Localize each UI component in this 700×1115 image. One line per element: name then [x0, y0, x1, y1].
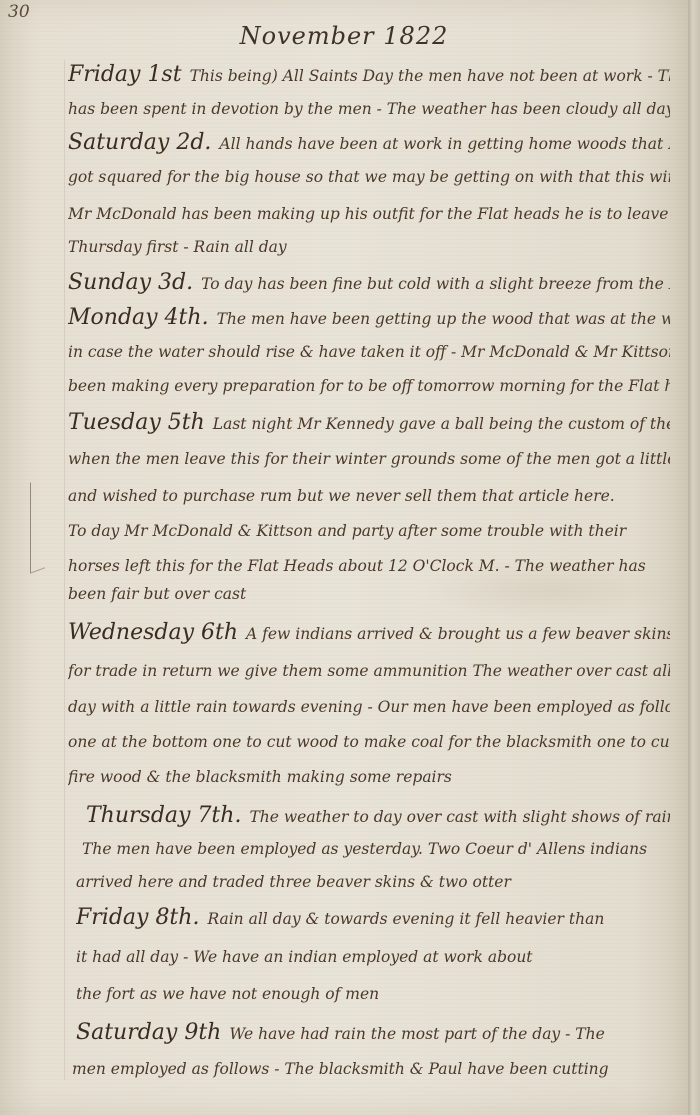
entry-line: for trade in return we give them some am…	[68, 662, 670, 680]
entry-line: Saturday 2d.All hands have been at work …	[68, 130, 670, 155]
entry-line: Friday 1stThis being) All Saints Day the…	[68, 62, 670, 87]
entry-line: day with a little rain towards evening -…	[68, 698, 670, 716]
entry-day: Saturday 9th	[76, 1020, 221, 1045]
entry-line: one at the bottom one to cut wood to mak…	[68, 733, 670, 751]
entry-line: the fort as we have not enough of men	[76, 985, 670, 1003]
entry-line: Thursday 7th.The weather to day over cas…	[86, 803, 670, 828]
entry-line: been making every preparation for to be …	[68, 377, 670, 395]
entry-day: Saturday 2d.	[68, 130, 211, 155]
entry-line: it had all day - We have an indian emplo…	[76, 948, 670, 966]
entry-line: The men have been employed as yesterday.…	[82, 840, 670, 858]
entry-day: Thursday 7th.	[86, 803, 241, 828]
entry-line: and wished to purchase rum but we never …	[68, 487, 670, 505]
entry-day: Friday 1st	[68, 62, 182, 87]
entry-line: when the men leave this for their winter…	[68, 450, 670, 468]
entry-line: horses left this for the Flat Heads abou…	[68, 557, 670, 575]
manuscript-page: 30 November 1822 Friday 1stThis being) A…	[0, 0, 688, 1115]
entry-line: arrived here and traded three beaver ski…	[76, 873, 670, 891]
entry-line: got squared for the big house so that we…	[68, 168, 670, 186]
entry-line: To day Mr McDonald & Kittson and party a…	[68, 522, 670, 540]
entry-line: in case the water should rise & have tak…	[68, 343, 670, 361]
entry-day: Monday 4th.	[68, 305, 209, 330]
margin-bracket-mark	[30, 477, 45, 573]
page-edge	[688, 0, 700, 1115]
entry-line: been fair but over cast	[68, 585, 670, 603]
entry-line: Mr McDonald has been making up his outfi…	[68, 205, 670, 223]
entry-line: Sunday 3d.To day has been fine but cold …	[68, 270, 670, 295]
entry-line: fire wood & the blacksmith making some r…	[68, 768, 670, 786]
page-heading: November 1822	[0, 22, 688, 50]
page-number: 30	[8, 2, 30, 22]
entry-day: Tuesday 5th	[68, 410, 205, 435]
entry-day: Sunday 3d.	[68, 270, 193, 295]
margin-rule	[64, 60, 65, 1080]
entry-day: Friday 8th.	[76, 905, 199, 930]
entry-line: Monday 4th.The men have been getting up …	[68, 305, 670, 330]
entry-line: men employed as follows - The blacksmith…	[72, 1060, 670, 1078]
entry-line: Tuesday 5thLast night Mr Kennedy gave a …	[68, 410, 670, 435]
entry-line: Saturday 9thWe have had rain the most pa…	[76, 1020, 670, 1045]
entry-line: Thursday first - Rain all day	[68, 238, 670, 256]
entry-line: has been spent in devotion by the men - …	[68, 100, 670, 118]
entry-line: Friday 8th.Rain all day & towards evenin…	[76, 905, 670, 930]
entry-day: Wednesday 6th	[68, 620, 238, 645]
entry-line: Wednesday 6thA few indians arrived & bro…	[68, 620, 670, 645]
